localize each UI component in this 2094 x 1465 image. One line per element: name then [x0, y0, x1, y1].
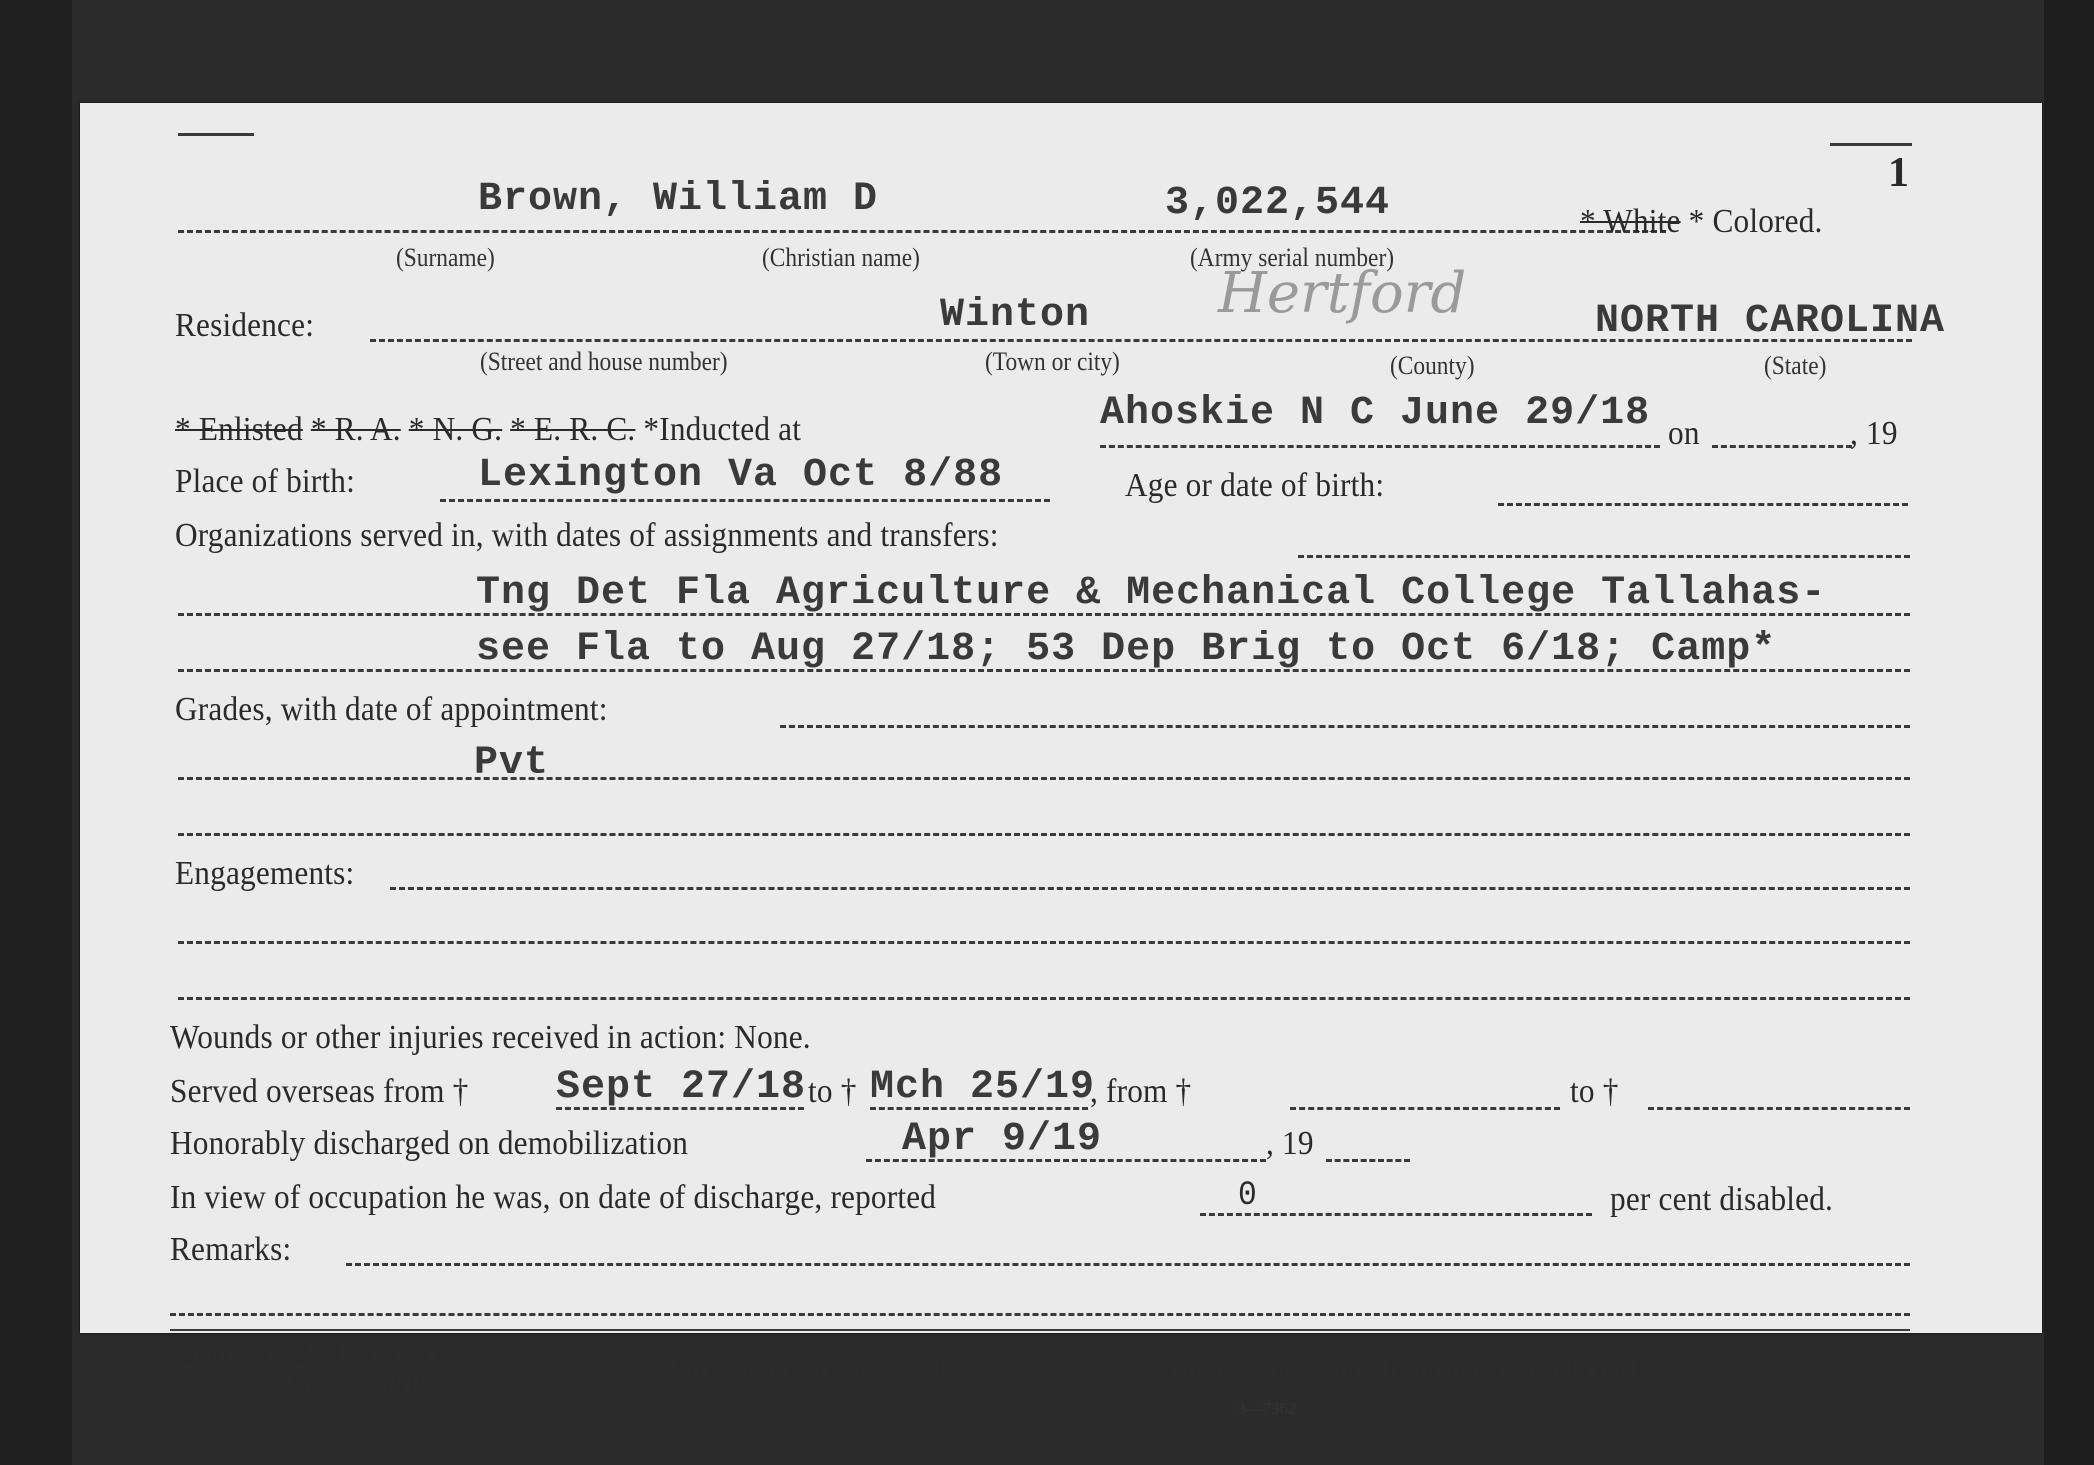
town-caption: (Town or city)	[985, 347, 1120, 377]
overseas-to-label: to †	[808, 1073, 857, 1111]
service-record-card: 1 Brown, William D 3,022,544 * White * C…	[80, 103, 2042, 1333]
christian-name-caption: (Christian name)	[762, 243, 920, 273]
grades-rule-1	[178, 777, 1910, 780]
inducted-on-label: on	[1668, 415, 1700, 453]
discharge-date-value: Apr 9/19	[902, 1117, 1102, 1162]
place-of-birth-line	[440, 499, 1050, 502]
strike-out-note: * Strike out words not applicable.	[656, 1353, 1011, 1383]
race-options: * White * Colored.	[1580, 203, 1823, 241]
age-label: Age or date of birth:	[1125, 467, 1384, 505]
surname-caption: (Surname)	[396, 243, 495, 273]
organizations-line-1: Tng Det Fla Agriculture & Mechanical Col…	[476, 571, 1826, 616]
grades-rule-2	[178, 833, 1910, 836]
engagements-label: Engagements:	[175, 855, 354, 893]
organizations-line-2: see Fla to Aug 27/18; 53 Dep Brig to Oct…	[476, 627, 1776, 672]
ra-struck: * R. A.	[311, 411, 401, 448]
erc-struck: * E. R. C.	[510, 411, 635, 448]
disability-value: 0	[1238, 1177, 1257, 1215]
organizations-rule-2	[178, 669, 1910, 672]
residence-line	[370, 339, 1912, 342]
overseas-arrival-2-line	[1648, 1107, 1910, 1110]
remarks-line-2	[170, 1313, 1910, 1316]
engagements-line-3	[178, 997, 1910, 1000]
overseas-label: Served overseas from †	[170, 1073, 469, 1111]
place-of-birth-label: Place of birth:	[175, 463, 355, 501]
form-number: Form No. 724-1, A. G. O.	[166, 1339, 450, 1371]
dagger-note: † Dates of departure from and arrival in…	[1164, 1355, 1685, 1385]
organizations-rule-1	[178, 613, 1910, 616]
residence-state-value: NORTH CAROLINA	[1595, 299, 1945, 344]
race-white-struck: * White	[1580, 203, 1681, 240]
age-line	[1498, 503, 1908, 506]
race-colored: * Colored.	[1689, 203, 1823, 240]
organizations-label: Organizations served in, with dates of a…	[175, 517, 999, 555]
grades-label: Grades, with date of appointment:	[175, 691, 608, 729]
scanner-background-right	[2044, 0, 2094, 1465]
page-number: 1	[1888, 149, 1909, 197]
overseas-departure-value: Sept 27/18	[556, 1065, 806, 1110]
discharge-label: Honorably discharged on demobilization	[170, 1125, 688, 1163]
enlisted-struck: * Enlisted	[175, 411, 303, 448]
name-value: Brown, William D	[478, 177, 878, 222]
form-date: Nov. 22, 1919.	[290, 1371, 436, 1401]
engagements-line-1	[390, 887, 1910, 890]
scanner-background-left	[0, 0, 72, 1465]
disability-label: In view of occupation he was, on date of…	[170, 1179, 936, 1217]
overseas-to2-label: to †	[1570, 1073, 1619, 1111]
place-of-birth-value: Lexington Va Oct 8/88	[478, 453, 1003, 498]
remarks-label: Remarks:	[170, 1231, 291, 1269]
engagements-line-2	[178, 941, 1910, 944]
residence-label: Residence:	[175, 307, 314, 345]
overseas-arrival-line	[870, 1107, 1088, 1110]
overseas-departure-2-line	[1290, 1107, 1560, 1110]
corner-rule-left	[178, 133, 254, 136]
residence-town-value: Winton	[940, 293, 1090, 338]
overseas-departure-line	[556, 1107, 804, 1110]
service-type-options: * Enlisted * R. A. * N. G. * E. R. C. *I…	[175, 411, 801, 449]
organizations-label-line	[1298, 555, 1910, 558]
print-code: 3—7362	[1237, 1399, 1297, 1419]
corner-rule-right	[1830, 143, 1912, 146]
name-line	[178, 230, 1666, 233]
inducted-line	[1100, 445, 1660, 448]
remarks-line-1	[346, 1263, 1910, 1266]
wounds-label: Wounds or other injuries received in act…	[170, 1019, 811, 1057]
disability-line	[1200, 1213, 1592, 1216]
state-caption: (State)	[1764, 351, 1826, 381]
inducted-date-line	[1712, 445, 1852, 448]
disability-suffix: per cent disabled.	[1610, 1181, 1833, 1219]
overseas-from2-label: , from †	[1090, 1073, 1191, 1111]
overseas-arrival-value: Mch 25/19	[870, 1065, 1095, 1110]
county-caption: (County)	[1390, 351, 1475, 381]
discharge-year-label: , 19	[1266, 1125, 1314, 1163]
inducted-value: Ahoskie N C June 29/18	[1100, 391, 1650, 436]
inducted-year-label: , 19	[1850, 415, 1898, 453]
discharge-line	[866, 1159, 1266, 1162]
street-caption: (Street and house number)	[480, 347, 728, 377]
grades-label-line	[780, 725, 1910, 728]
inducted-label: *Inducted at	[643, 411, 801, 448]
footer-rule	[170, 1329, 1910, 1331]
residence-county-handwritten: Hertford	[1218, 261, 1466, 326]
ng-struck: * N. G.	[409, 411, 502, 448]
discharge-year-line	[1326, 1159, 1410, 1162]
serial-number-value: 3,022,544	[1165, 181, 1390, 226]
